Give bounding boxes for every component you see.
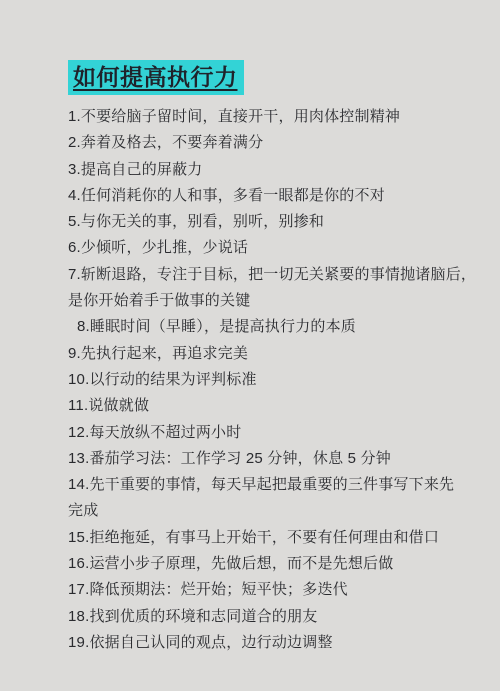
- list-item: 5.与你无关的事，别看，别听，别掺和: [68, 209, 472, 235]
- list-item-line: 19.依据自己认同的观点，边行动边调整: [68, 630, 472, 656]
- list-item: 11.说做就做: [68, 393, 472, 419]
- list-item: 15.拒绝拖延，有事马上开始干，不要有任何理由和借口: [68, 525, 472, 551]
- title-highlight: 如何提高执行力: [68, 60, 244, 95]
- list-item: 19.依据自己认同的观点，边行动边调整: [68, 630, 472, 656]
- list-item-line: 1.不要给脑子留时间，直接开干，用肉体控制精神: [68, 104, 472, 130]
- list-item: 13.番茄学习法：工作学习 25 分钟，休息 5 分钟: [68, 446, 472, 472]
- tips-list: 1.不要给脑子留时间，直接开干，用肉体控制精神2.奔着及格去，不要奔着满分3.提…: [68, 104, 472, 656]
- list-item-line: 10.以行动的结果为评判标准: [68, 367, 472, 393]
- list-item-line: 17.降低预期法：烂开始；短平快；多迭代: [68, 577, 472, 603]
- list-item-line: 15.拒绝拖延，有事马上开始干，不要有任何理由和借口: [68, 525, 472, 551]
- list-item: 8.睡眠时间（早睡），是提高执行力的本质: [68, 314, 472, 340]
- list-item-line: 9.先执行起来，再追求完美: [68, 341, 472, 367]
- list-item: 16.运营小步子原理，先做后想，而不是先想后做: [68, 551, 472, 577]
- list-item: 1.不要给脑子留时间，直接开干，用肉体控制精神: [68, 104, 472, 130]
- list-item-line: 14.先干重要的事情，每天早起把最重要的三件事写下来先: [68, 472, 472, 498]
- note-page: 如何提高执行力 1.不要给脑子留时间，直接开干，用肉体控制精神2.奔着及格去，不…: [68, 60, 472, 656]
- list-item-line: 6.少倾听，少扎推，少说话: [68, 235, 472, 261]
- list-item: 17.降低预期法：烂开始；短平快；多迭代: [68, 577, 472, 603]
- list-item-line: 8.睡眠时间（早睡），是提高执行力的本质: [68, 314, 472, 340]
- list-item: 7.斩断退路，专注于目标，把一切无关紧要的事情抛诸脑后，是你开始着手于做事的关键: [68, 262, 472, 315]
- list-item-line: 3.提高自己的屏蔽力: [68, 157, 472, 183]
- page-title: 如何提高执行力: [68, 60, 472, 95]
- list-item-line: 13.番茄学习法：工作学习 25 分钟，休息 5 分钟: [68, 446, 472, 472]
- list-item: 2.奔着及格去，不要奔着满分: [68, 130, 472, 156]
- list-item: 9.先执行起来，再追求完美: [68, 341, 472, 367]
- list-item-line: 18.找到优质的环境和志同道合的朋友: [68, 604, 472, 630]
- list-item: 3.提高自己的屏蔽力: [68, 157, 472, 183]
- list-item: 12.每天放纵不超过两小时: [68, 420, 472, 446]
- list-item-line: 是你开始着手于做事的关键: [68, 288, 472, 314]
- list-item-line: 完成: [68, 498, 472, 524]
- list-item-line: 5.与你无关的事，别看，别听，别掺和: [68, 209, 472, 235]
- list-item: 10.以行动的结果为评判标准: [68, 367, 472, 393]
- list-item: 6.少倾听，少扎推，少说话: [68, 235, 472, 261]
- list-item-line: 2.奔着及格去，不要奔着满分: [68, 130, 472, 156]
- list-item-line: 11.说做就做: [68, 393, 472, 419]
- list-item: 14.先干重要的事情，每天早起把最重要的三件事写下来先完成: [68, 472, 472, 525]
- list-item-line: 16.运营小步子原理，先做后想，而不是先想后做: [68, 551, 472, 577]
- list-item-line: 12.每天放纵不超过两小时: [68, 420, 472, 446]
- list-item: 18.找到优质的环境和志同道合的朋友: [68, 604, 472, 630]
- list-item-line: 4.任何消耗你的人和事，多看一眼都是你的不对: [68, 183, 472, 209]
- list-item: 4.任何消耗你的人和事，多看一眼都是你的不对: [68, 183, 472, 209]
- list-item-line: 7.斩断退路，专注于目标，把一切无关紧要的事情抛诸脑后，: [68, 262, 472, 288]
